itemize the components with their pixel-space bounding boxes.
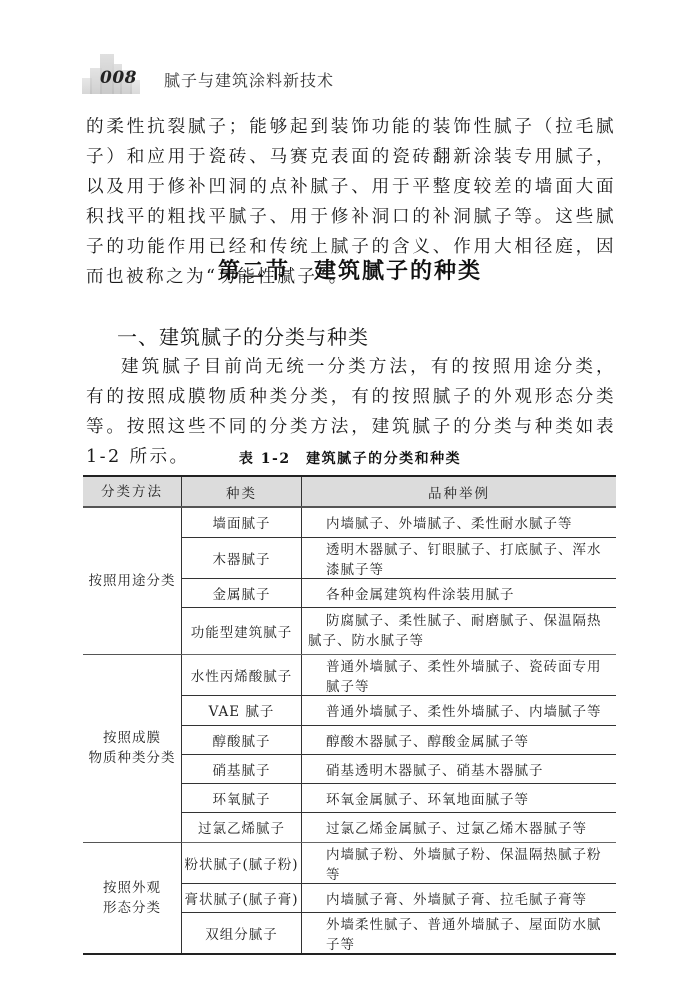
method-cell: 按照用途分类: [83, 507, 182, 654]
examples-cell: 内墙腻子粉、外墙腻子粉、保温隔热腻子粉等: [302, 842, 617, 883]
examples-cell: 普通外墙腻子、柔性外墙腻子、内墙腻子等: [302, 695, 617, 725]
examples-cell: 过氯乙烯金属腻子、过氯乙烯木器腻子等: [302, 812, 617, 842]
type-cell: 过氯乙烯腻子: [182, 812, 302, 842]
type-cell: 木器腻子: [182, 537, 302, 578]
table-caption: 表 1-2 建筑腻子的分类和种类: [0, 448, 700, 468]
table-row: 按照用途分类 墙面腻子 内墙腻子、外墙腻子、柔性耐水腻子等: [83, 507, 616, 537]
examples-cell: 醇酸木器腻子、醇酸金属腻子等: [302, 725, 617, 754]
type-cell: 墙面腻子: [182, 507, 302, 537]
page-number: 008: [100, 68, 137, 88]
type-cell: 粉状腻子(腻子粉): [182, 842, 302, 883]
examples-cell: 硝基透明木器腻子、硝基木器腻子: [302, 754, 617, 783]
examples-cell: 透明木器腻子、钉眼腻子、打底腻子、浑水漆腻子等: [302, 537, 617, 578]
table-row: 按照外观 形态分类 粉状腻子(腻子粉) 内墙腻子粉、外墙腻子粉、保温隔热腻子粉等: [83, 842, 616, 883]
examples-cell: 防腐腻子、柔性腻子、耐磨腻子、保温隔热腻子、防水腻子等: [302, 607, 617, 654]
running-header: 008 腻子与建筑涂料新技术: [78, 48, 378, 96]
table-row: 按照成膜 物质种类分类 水性丙烯酸腻子 普通外墙腻子、柔性外墙腻子、瓷砖面专用腻…: [83, 654, 616, 695]
type-cell: 醇酸腻子: [182, 725, 302, 754]
section-title: 第二节 建筑腻子的种类: [0, 254, 700, 285]
table-header-row: 分类方法 种类 品种举例: [83, 476, 616, 507]
column-header-method: 分类方法: [83, 476, 182, 507]
type-cell: VAE 腻子: [182, 695, 302, 725]
type-cell: 双组分腻子: [182, 912, 302, 954]
method-cell: 按照成膜 物质种类分类: [83, 654, 182, 842]
examples-cell: 环氧金属腻子、环氧地面腻子等: [302, 783, 617, 812]
type-cell: 水性丙烯酸腻子: [182, 654, 302, 695]
type-cell: 膏状腻子(腻子膏): [182, 883, 302, 912]
column-header-type: 种类: [182, 476, 302, 507]
classification-table: 分类方法 种类 品种举例 按照用途分类 墙面腻子 内墙腻子、外墙腻子、柔性耐水腻…: [83, 475, 616, 955]
book-title: 腻子与建筑涂料新技术: [164, 68, 334, 91]
examples-cell: 普通外墙腻子、柔性外墙腻子、瓷砖面专用腻子等: [302, 654, 617, 695]
method-cell: 按照外观 形态分类: [83, 842, 182, 954]
column-header-examples: 品种举例: [302, 476, 617, 507]
type-cell: 功能型建筑腻子: [182, 607, 302, 654]
examples-cell: 外墙柔性腻子、普通外墙腻子、屋面防水腻子等: [302, 912, 617, 954]
type-cell: 硝基腻子: [182, 754, 302, 783]
examples-cell: 各种金属建筑构件涂装用腻子: [302, 578, 617, 607]
examples-cell: 内墙腻子膏、外墙腻子膏、拉毛腻子膏等: [302, 883, 617, 912]
examples-cell: 内墙腻子、外墙腻子、柔性耐水腻子等: [302, 507, 617, 537]
subsection-title: 一、建筑腻子的分类与种类: [117, 321, 369, 350]
type-cell: 金属腻子: [182, 578, 302, 607]
type-cell: 环氧腻子: [182, 783, 302, 812]
